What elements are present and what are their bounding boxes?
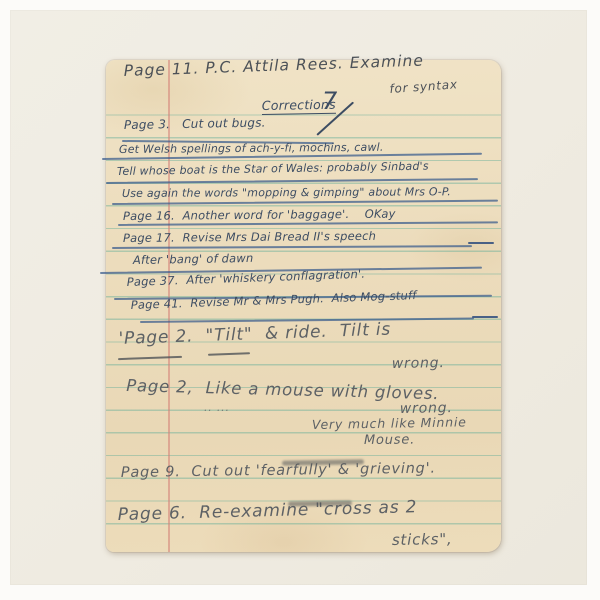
mat-board: Page 11. P.C. Attila Rees. Examine for s… [10,10,587,585]
note-line: Page 6. Re-examine "cross as 2 [118,498,418,525]
note-line: sticks", [392,531,453,549]
note-line: Page 16. Another word for 'baggage'. OKa… [123,208,396,223]
separator-line [112,200,498,205]
separator-dash [472,316,498,318]
note-line: 'Page 2. "Tilt" & ride. Tilt is [118,321,391,349]
note-line: Page 17. Revise Mrs Dai Bread II's speec… [123,230,376,245]
note-line: Very much like Minnie [312,415,467,431]
ditto-mark: .. ... [204,402,230,414]
underline-mark [208,352,250,355]
note-line: Page 41. Revise Mr & Mrs Pugh. Also Mog-… [131,289,417,312]
photo-frame: Page 11. P.C. Attila Rees. Examine for s… [0,0,600,600]
note-line: wrong. [392,356,445,372]
note-line: Mouse. [364,434,415,449]
note-line: Page 3. Cut out bugs. [124,117,266,133]
underline-mark [118,356,182,360]
note-line: Page 2, Like a mouse with gloves. [126,377,440,403]
tally-mark: 7 [322,88,337,114]
header-line: Page 11. P.C. Attila Rees. Examine [123,53,424,81]
note-line: Page 9. Cut out 'fearfully' & 'grieving'… [121,462,436,482]
note-line: After 'bang' of dawn [133,252,254,267]
separator-line [106,178,478,183]
note-line: Tell whose boat is the Star of Wales: pr… [117,161,429,179]
header-continuation: for syntax [389,78,458,96]
note-line: Use again the words "mopping & gimping" … [122,186,451,200]
separator-line [112,245,472,248]
separator-dash [468,242,494,244]
manuscript-page: Page 11. P.C. Attila Rees. Examine for s… [106,60,501,552]
